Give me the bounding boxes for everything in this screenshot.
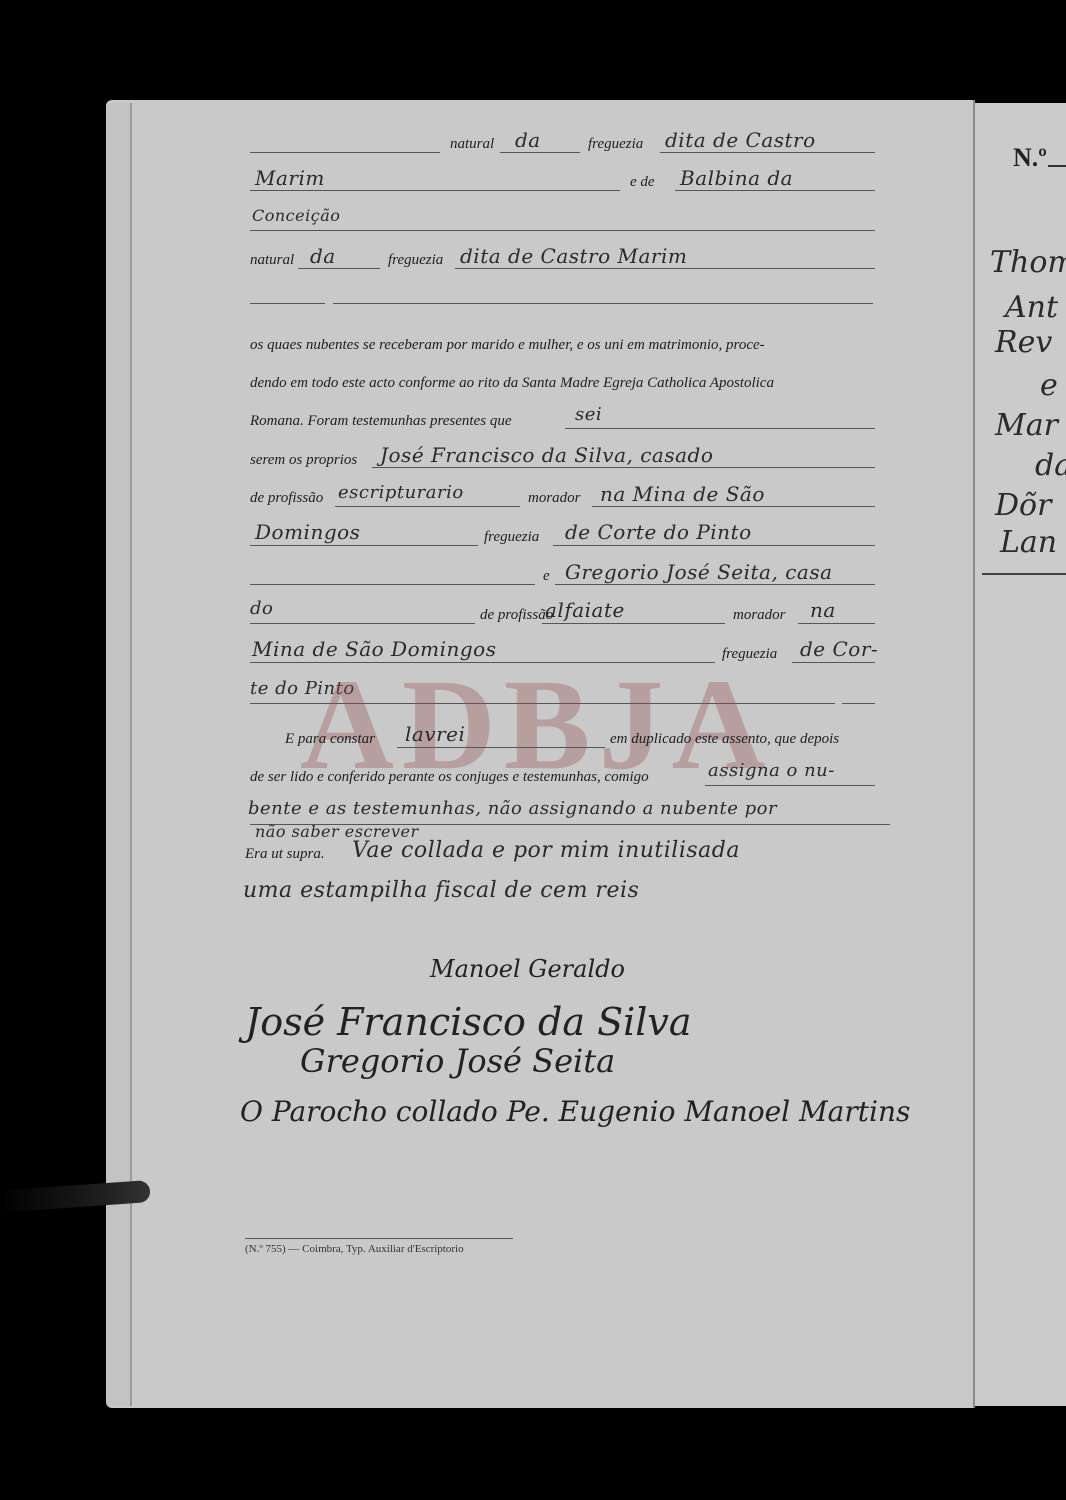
witness1-name: José Francisco da Silva, casado — [380, 443, 713, 467]
form-blank — [660, 152, 875, 153]
form-blank — [542, 623, 725, 624]
witness2-parish: de Cor- — [800, 637, 878, 661]
printed-label: freguezia — [484, 529, 539, 546]
page-fold-edge — [106, 103, 132, 1406]
form-blank — [250, 623, 475, 624]
printed-label: E para constar — [285, 731, 375, 748]
witness2-residence: na — [810, 598, 836, 622]
signing-note-cont: bente e as testemunhas, não assignando a… — [248, 798, 777, 819]
margin-name: Rev — [995, 325, 1052, 360]
printed-paragraph-line: Romana. Foram testemunhas presentes que — [250, 413, 512, 430]
form-blank — [553, 545, 875, 546]
signature-priest: O Parocho collado Pe. Eugenio Manoel Mar… — [240, 1095, 910, 1128]
printer-imprint: (N.º 755) — Coimbra, Typ. Auxiliar d'Esc… — [245, 1243, 464, 1255]
form-blank — [250, 584, 535, 585]
filled-value: Conceição — [252, 206, 340, 225]
stamp-note: Vae collada e por mim inutilisada — [352, 838, 740, 863]
signature-groom: Manoel Geraldo — [430, 955, 625, 983]
margin-name: e — [1040, 368, 1058, 403]
signature-witness1: José Francisco da Silva — [245, 1000, 692, 1044]
form-blank — [298, 268, 380, 269]
printed-label: natural — [250, 252, 294, 269]
form-blank — [372, 467, 875, 468]
stamp-note-cont: uma estampilha fiscal de cem reis — [243, 878, 639, 903]
printed-label: de profissão — [250, 490, 323, 507]
form-blank — [335, 506, 520, 507]
filled-value: da — [515, 128, 541, 152]
form-blank — [250, 230, 875, 231]
margin-name: Dõr — [995, 488, 1051, 523]
filled-value: da — [310, 244, 336, 268]
filled-value: dita de Castro Marim — [460, 244, 687, 268]
printed-paragraph-line: os quaes nubentes se receberam por marid… — [250, 337, 765, 354]
signing-note: assigna o nu- — [708, 760, 835, 781]
signature-witness2: Gregorio José Seita — [300, 1042, 615, 1080]
margin-rule — [982, 573, 1066, 575]
margin-name: Mar — [995, 408, 1058, 443]
printed-label: Era ut supra. — [245, 846, 325, 863]
form-blank — [798, 623, 875, 624]
printed-paragraph-line: de ser lido e conferido perante os conju… — [250, 769, 649, 786]
form-blank — [250, 190, 620, 191]
margin-name: Ant — [1005, 290, 1058, 325]
filled-value: dita de Castro — [665, 128, 816, 152]
filled-value: sei — [575, 404, 602, 425]
form-blank — [455, 268, 875, 269]
margin-name: Lan — [1000, 525, 1057, 560]
lavrei-value: lavrei — [405, 722, 465, 746]
printed-label: morador — [733, 607, 786, 624]
form-blank — [705, 785, 875, 786]
form-blank — [333, 303, 873, 304]
form-blank — [592, 506, 875, 507]
witness1-residence-cont: Domingos — [255, 520, 360, 544]
form-blank — [565, 428, 875, 429]
witness1-residence: na Mina de São — [600, 482, 765, 506]
printed-label: freguezia — [588, 136, 643, 153]
margin-name: Thom — [990, 245, 1066, 280]
form-blank — [250, 152, 440, 153]
printed-label: freguezia — [388, 252, 443, 269]
witness2-name-cont: do — [250, 598, 273, 619]
form-blank — [842, 703, 875, 704]
margin-name: da — [1035, 448, 1066, 483]
form-blank — [500, 152, 580, 153]
printed-label: e de — [630, 174, 655, 191]
footer-rule — [245, 1238, 513, 1239]
printed-label: de profissão — [480, 607, 553, 624]
witness1-profession: escripturario — [338, 482, 464, 503]
witness2-name: Gregorio José Seita, casa — [565, 560, 833, 584]
filled-value: Balbina da — [680, 166, 793, 190]
record-number-blank — [1048, 165, 1066, 167]
witness2-profession: alfaiate — [545, 598, 625, 622]
printed-paragraph-line: em duplicado este assento, que depois — [610, 731, 839, 748]
printed-paragraph-line: dendo em todo este acto conforme ao rito… — [250, 375, 774, 392]
record-number-label: N.º — [1013, 143, 1047, 173]
form-blank — [397, 747, 605, 748]
form-blank — [555, 584, 875, 585]
form-blank — [792, 662, 875, 663]
printed-label: serem os proprios — [250, 452, 357, 469]
filled-value: Marim — [255, 166, 325, 190]
printed-label: e — [543, 568, 550, 585]
form-blank — [250, 545, 478, 546]
witness1-parish: de Corte do Pinto — [565, 520, 752, 544]
printed-label: natural — [450, 136, 494, 153]
form-blank — [675, 190, 875, 191]
printed-label: morador — [528, 490, 581, 507]
form-blank — [250, 303, 325, 304]
